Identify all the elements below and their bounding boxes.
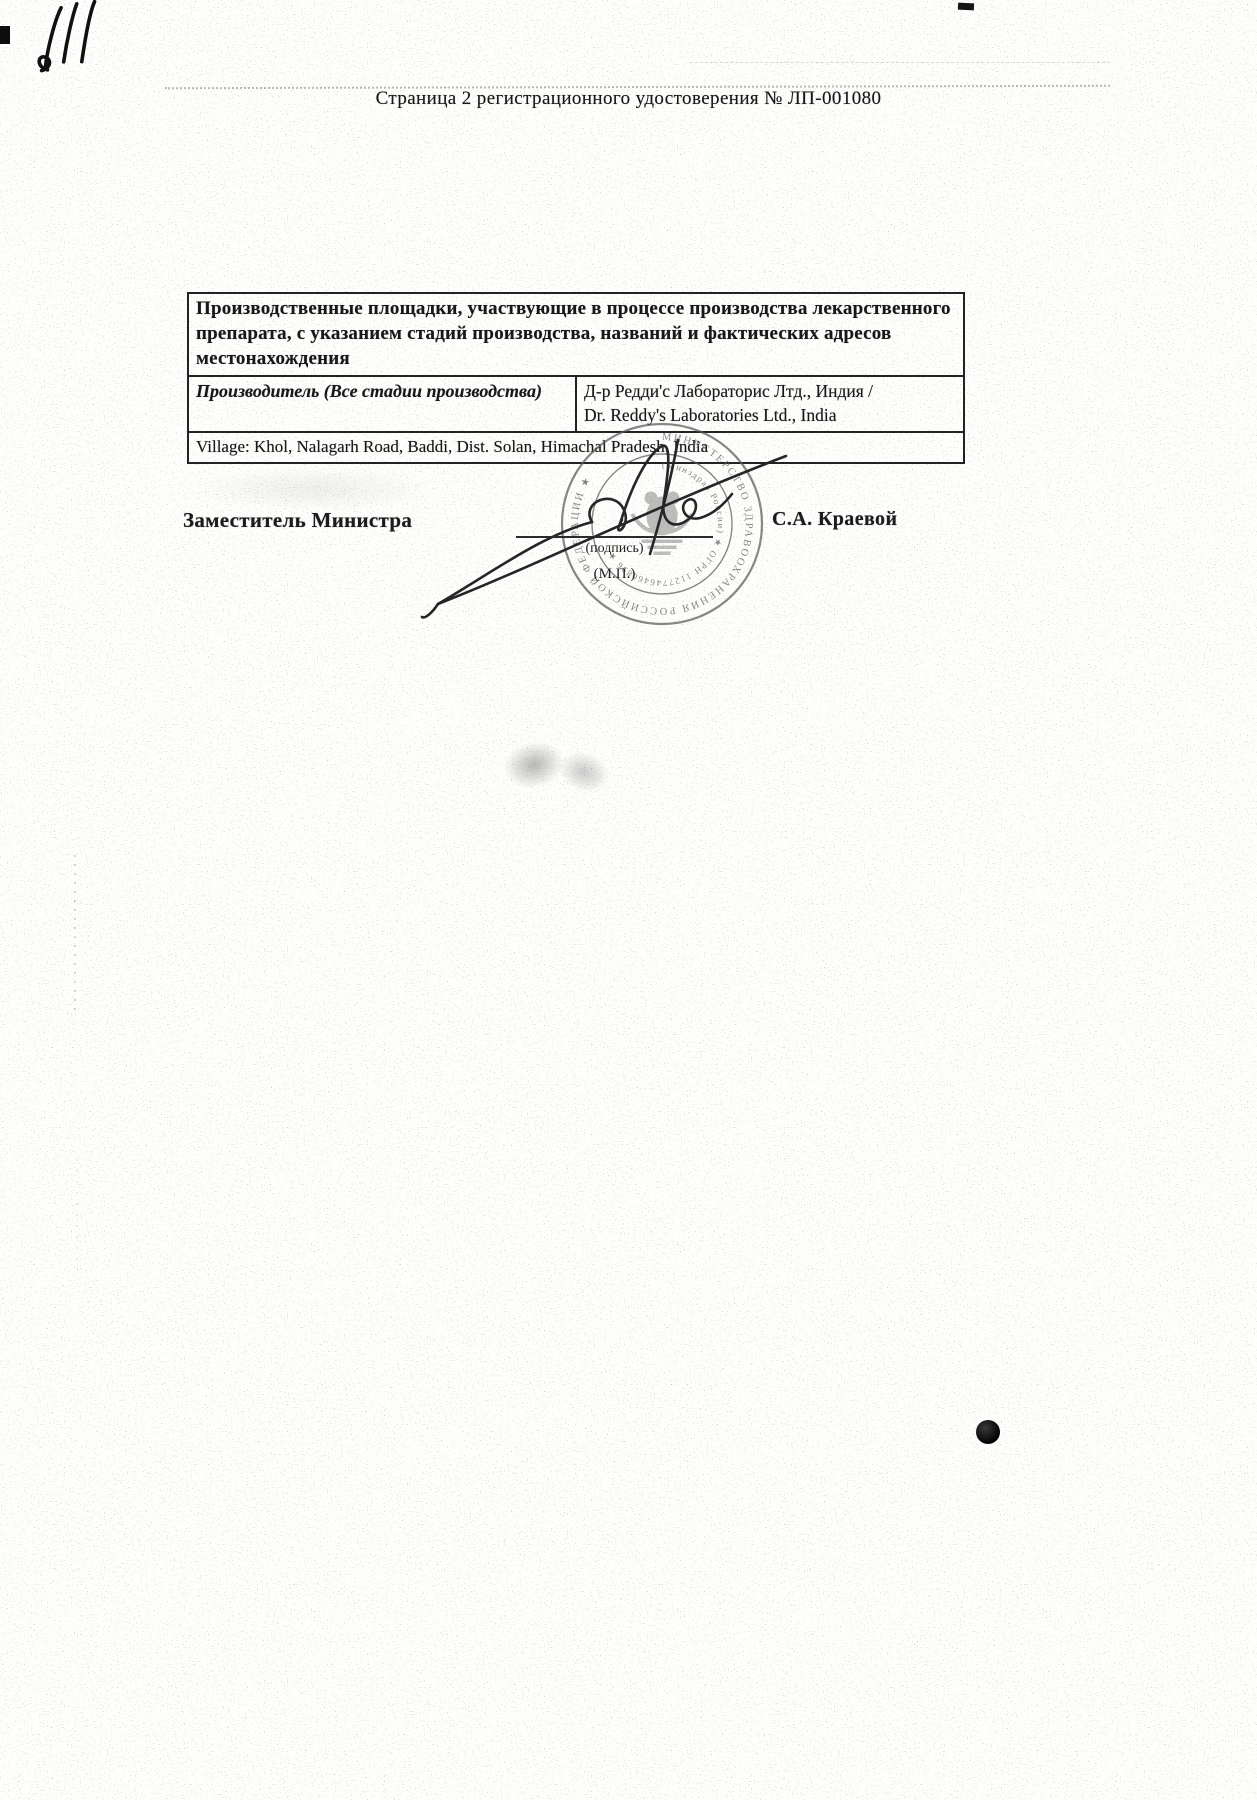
signature-line [516,536,713,538]
fold-mark-2 [76,1150,78,1270]
ink-blot-dot [976,1420,1000,1444]
table-row: Производственные площадки, участвующие в… [188,293,964,376]
scan-noise-overlay [0,0,1257,1800]
signature-caption: (подпись) [516,541,713,557]
scan-smudge-center-2 [553,744,616,799]
producer-name-ru: Д-р Редди'с Лабораторис Лтд., Индия / [584,379,956,403]
signer-name: С.А. Краевой [772,508,897,531]
official-round-stamp: МИНИСТЕРСТВО ЗДРАВООХРАНЕНИЯ РОССИЙСКОЙ … [420,412,800,642]
scan-edge-ink-mark [0,26,10,44]
seal-place-caption: (М.П.) [516,566,713,583]
stamp-rings: МИНИСТЕРСТВО ЗДРАВООХРАНЕНИЯ РОССИЙСКОЙ … [562,424,762,624]
scanned-document-page: Страница 2 регистрационного удостоверени… [0,0,1257,1800]
page-title: Страница 2 регистрационного удостоверени… [0,88,1257,110]
table-caption-cell: Производственные площадки, участвующие в… [188,293,964,376]
scan-artifact-line-2 [690,62,1110,63]
official-title: Заместитель Министра [183,508,412,533]
handwritten-mark [26,0,130,83]
fold-mark [74,848,76,1013]
scan-smudge [198,468,428,510]
scan-topright-mark [958,3,974,11]
